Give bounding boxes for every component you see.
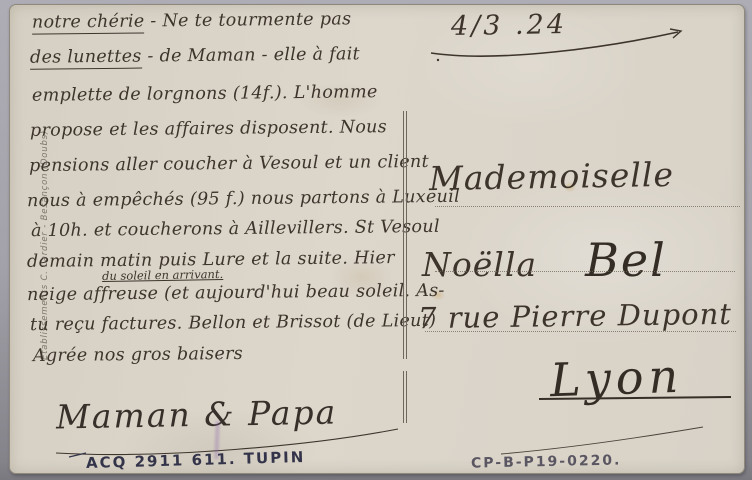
annotation-reference-code: CP-B-P19-0220. [471, 452, 622, 471]
arrow-tip [670, 29, 681, 38]
message-text: Agrée nos gros baisers [33, 344, 243, 366]
underlined-text: notre chérie [32, 11, 145, 34]
ink-dot [437, 59, 439, 61]
annotation-accession-number: ACQ 2911 611. TUPIN [86, 448, 306, 472]
message-line-5: pensions aller coucher à Vesoul et un cl… [29, 152, 429, 176]
message-line-11: Agrée nos gros baisers [33, 344, 243, 366]
address-first-name: Noëlla [422, 245, 537, 284]
address-ruling-line [435, 271, 735, 272]
message-line-3: emplette de lorgnons (14f.). L'homme [32, 82, 378, 106]
message-line-2: des lunettes - de Maman - elle à fait [30, 44, 360, 67]
divider-line [403, 111, 407, 359]
message-text: à 10h. et coucherons à Aillevillers. St … [31, 217, 440, 241]
postcard-scan: Établissements C. Lardier - Besançon (Do… [0, 0, 752, 480]
message-line-1: notre chérie - Ne te tourmente pas [32, 9, 352, 32]
message-line-9: neige affreuse (et aujourd'hui beau sole… [27, 281, 445, 305]
message-text: nous à empêchés (95 f.) nous partons à L… [27, 187, 460, 212]
city-flourish [501, 427, 703, 454]
signature: Maman & Papa [56, 393, 338, 437]
message-text: - de Maman - elle à fait [142, 44, 361, 66]
message-text: emplette de lorgnons (14f.). L'homme [32, 82, 378, 106]
message-text: - Ne te tourmente pas [144, 9, 351, 31]
address-name: NoëllaBel [422, 233, 667, 287]
address-last-name: Bel [585, 233, 667, 287]
message-line-6: nous à empêchés (95 f.) nous partons à L… [27, 187, 460, 212]
message-line-7: à 10h. et coucherons à Aillevillers. St … [31, 217, 440, 241]
postcard: Établissements C. Lardier - Besançon (Do… [9, 4, 745, 474]
message-text: tu reçu factures. Bellon et Brissot (de … [30, 311, 436, 335]
message-text: neige affreuse (et aujourd'hui beau sole… [27, 281, 445, 305]
underlined-text: des lunettes [30, 47, 142, 70]
tick-mark [69, 453, 86, 457]
address-honorific: Mademoiselle [429, 155, 675, 198]
message-line-4: propose et les affaires disposent. Nous [30, 117, 387, 141]
date: 4/3 .24 [451, 9, 568, 42]
interline-insertion: du soleil en arrivant. [102, 267, 223, 283]
message-text: pensions aller coucher à Vesoul et un cl… [29, 152, 429, 176]
message-line-10: tu reçu factures. Bellon et Brissot (de … [30, 311, 436, 335]
address-ruling-line [425, 331, 736, 332]
divider-line [403, 371, 407, 423]
message-text: propose et les affaires disposent. Nous [30, 117, 387, 141]
address-street: 7 rue Pierre Dupont [418, 297, 732, 335]
address-ruling-line [435, 206, 740, 207]
